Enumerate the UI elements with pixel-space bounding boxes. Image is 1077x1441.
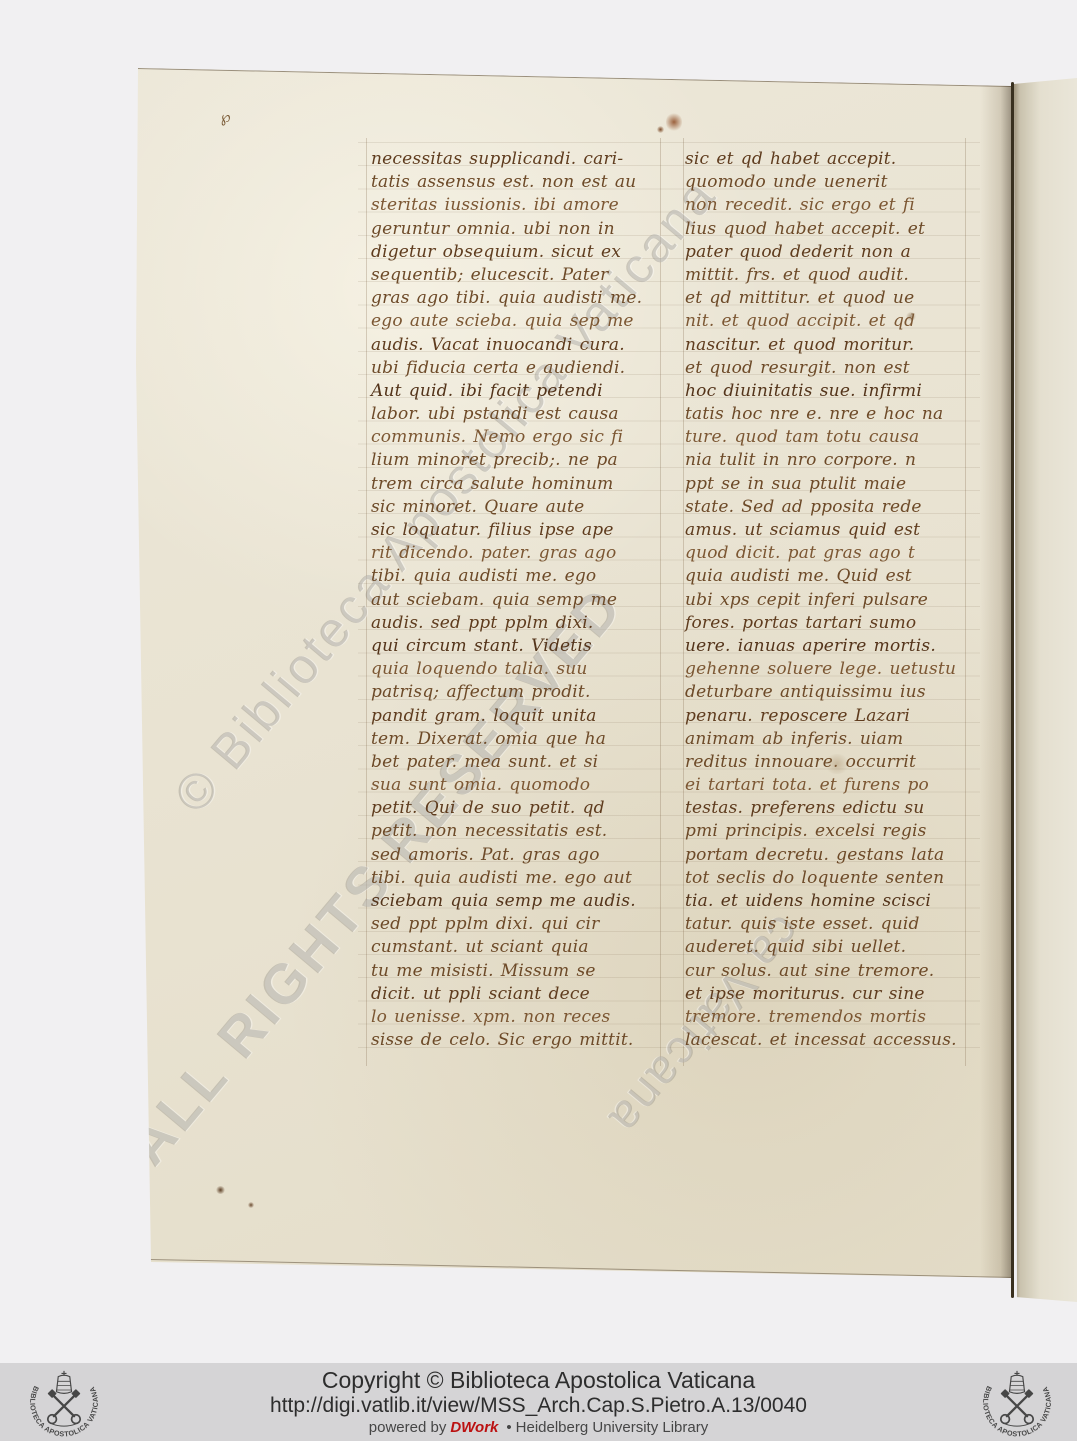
manuscript-line: sic minoret. Quare aute xyxy=(371,496,676,519)
manuscript-line: bet pater. mea sunt. et si xyxy=(371,751,676,774)
manuscript-line: lacescat. et incessat accessus. xyxy=(685,1029,990,1052)
powered-suffix: Heidelberg University Library xyxy=(516,1419,709,1436)
manuscript-line: dicit. ut ppli sciant dece xyxy=(371,983,676,1006)
manuscript-line: tia. et uidens homine scisci xyxy=(685,890,990,913)
facing-page-sliver xyxy=(1014,78,1077,1302)
manuscript-line: quod dicit. pat gras ago t xyxy=(685,542,990,565)
vatican-library-seal: BIBLIOTECA APOSTOLICA VATICANA xyxy=(965,1368,1069,1440)
manuscript-line: amus. ut sciamus quid est xyxy=(685,519,990,542)
stain xyxy=(216,1186,225,1194)
manuscript-line: pandit gram. loquit unita xyxy=(371,705,676,728)
manuscript-line: ego aute scieba. quia sep me xyxy=(371,310,676,333)
manuscript-line: necessitas supplicandi. cari- xyxy=(371,148,676,171)
manuscript-line: ubi xps cepit inferi pulsare xyxy=(685,589,990,612)
manuscript-line: et quod resurgit. non est xyxy=(685,357,990,380)
manuscript-line: digetur obsequium. sicut ex xyxy=(371,241,676,264)
manuscript-line: penaru. reposcere Lazari xyxy=(685,705,990,728)
seal-arc-text: BIBLIOTECA APOSTOLICA VATICANA xyxy=(981,1385,1053,1439)
manuscript-line: portam decretu. gestans lata xyxy=(685,844,990,867)
manuscript-line: labor. ubi pstandi est causa xyxy=(371,403,676,426)
manuscript-line: gehenne soluere lege. uetustu xyxy=(685,658,990,681)
manuscript-line: sua sunt omia. quomodo xyxy=(371,774,676,797)
manuscript-line: audis. Vacat inuocandi cura. xyxy=(371,334,676,357)
manuscript-line: mittit. frs. et quod audit. xyxy=(685,264,990,287)
stain xyxy=(248,1202,254,1208)
svg-text:BIBLIOTECA APOSTOLICA VATICANA: BIBLIOTECA APOSTOLICA VATICANA xyxy=(28,1385,100,1439)
manuscript-line: deturbare antiquissimu ius xyxy=(685,681,990,704)
manuscript-line: auderet. quid sibi uellet. xyxy=(685,936,990,959)
manuscript-line: et ipse moriturus. cur sine xyxy=(685,983,990,1006)
manuscript-line: quomodo unde uenerit xyxy=(685,171,990,194)
manuscript-line: pater quod dederit non a xyxy=(685,241,990,264)
manuscript-line: nascitur. et quod moritur. xyxy=(685,334,990,357)
footer-copyright: Copyright © Biblioteca Apostolica Vatica… xyxy=(322,1367,755,1394)
manuscript-line: sic loquatur. filius ipse ape xyxy=(371,519,676,542)
manuscript-line: ubi fiducia certa e audiendi. xyxy=(371,357,676,380)
manuscript-line: state. Sed ad pposita rede xyxy=(685,496,990,519)
manuscript-line: tem. Dixerat. omia que ha xyxy=(371,728,676,751)
seal-arc-text: BIBLIOTECA APOSTOLICA VATICANA xyxy=(28,1385,100,1439)
manuscript-line: nia tulit in nro corpore. n xyxy=(685,449,990,472)
stain xyxy=(906,312,916,321)
svg-text:BIBLIOTECA APOSTOLICA VATICANA: BIBLIOTECA APOSTOLICA VATICANA xyxy=(981,1385,1053,1439)
footer-bar: BIBLIOTECA APOSTOLICA VATICANA Copyright… xyxy=(0,1363,1077,1441)
manuscript-page: ℘ © Biblioteca Apostolica Vaticana ALL R… xyxy=(136,64,1014,1304)
manuscript-line: nit. et quod accipit. et qd xyxy=(685,310,990,333)
manuscript-line: ei tartari tota. et furens po xyxy=(685,774,990,797)
manuscript-line: qui circum stant. Videtis xyxy=(371,635,676,658)
manuscript-line: Aut quid. ibi facit petendi xyxy=(371,380,676,403)
stain xyxy=(657,126,664,133)
manuscript-line: tatur. quis iste esset. quid xyxy=(685,913,990,936)
manuscript-line: fores. portas tartari sumo xyxy=(685,612,990,635)
manuscript-line: petit. Qui de suo petit. qd xyxy=(371,797,676,820)
manuscript-line: sed amoris. Pat. gras ago xyxy=(371,844,676,867)
manuscript-line: sciebam quia semp me audis. xyxy=(371,890,676,913)
manuscript-line: lium minoret precib;. ne pa xyxy=(371,449,676,472)
manuscript-line: tot seclis do loquente senten xyxy=(685,867,990,890)
manuscript-line: petit. non necessitatis est. xyxy=(371,820,676,843)
stain xyxy=(666,112,682,132)
powered-prefix: powered by xyxy=(369,1419,447,1436)
manuscript-line: sequentib; elucescit. Pater xyxy=(371,264,676,287)
binding-gutter xyxy=(1011,82,1014,1298)
powered-separator: • xyxy=(506,1419,511,1436)
column-guide xyxy=(683,138,684,1066)
page-bottom-edge xyxy=(150,1259,1014,1278)
manuscript-line: sic et qd habet accepit. xyxy=(685,148,990,171)
manuscript-line: quia audisti me. Quid est xyxy=(685,565,990,588)
manuscript-line: uere. ianuas aperire mortis. xyxy=(685,635,990,658)
manuscript-line: tatis assensus est. non est au xyxy=(371,171,676,194)
manuscript-line: trem circa salute hominum xyxy=(371,473,676,496)
manuscript-line: testas. preferens edictu su xyxy=(685,797,990,820)
footer-url: http://digi.vatlib.it/view/MSS_Arch.Cap.… xyxy=(270,1394,807,1418)
manuscript-column-right: sic et qd habet accepit.quomodo unde uen… xyxy=(685,148,990,1052)
stain xyxy=(824,754,850,774)
manuscript-line: lius quod habet accepit. et xyxy=(685,218,990,241)
manuscript-line: quia loquendo talia. suu xyxy=(371,658,676,681)
vatican-library-seal: BIBLIOTECA APOSTOLICA VATICANA xyxy=(12,1368,116,1440)
manuscript-line: ture. quod tam totu causa xyxy=(685,426,990,449)
manuscript-line: sisse de celo. Sic ergo mittit. xyxy=(371,1029,676,1052)
manuscript-line: tremore. tremendos mortis xyxy=(685,1006,990,1029)
manuscript-line: ppt se in sua ptulit maie xyxy=(685,473,990,496)
manuscript-line: hoc diuinitatis sue. infirmi xyxy=(685,380,990,403)
manuscript-line: steritas iussionis. ibi amore xyxy=(371,194,676,217)
manuscript-line: non recedit. sic ergo et fi xyxy=(685,194,990,217)
papal-keys-icon xyxy=(1001,1371,1034,1426)
manuscript-line: tatis hoc nre e. nre e hoc na xyxy=(685,403,990,426)
manuscript-line: aut sciebam. quia semp me xyxy=(371,589,676,612)
powered-brand-dwork: DWork xyxy=(450,1419,498,1436)
manuscript-line: et qd mittitur. et quod ue xyxy=(685,287,990,310)
manuscript-line: patrisq; affectum prodit. xyxy=(371,681,676,704)
manuscript-line: animam ab inferis. uiam xyxy=(685,728,990,751)
footer-powered: powered byDWork•Heidelberg University Li… xyxy=(369,1418,708,1437)
manuscript-column-left: necessitas supplicandi. cari-tatis assen… xyxy=(371,148,676,1052)
quire-mark: ℘ xyxy=(219,107,232,126)
manuscript-line: geruntur omnia. ubi non in xyxy=(371,218,676,241)
manuscript-line: pmi principis. excelsi regis xyxy=(685,820,990,843)
manuscript-line: lo uenisse. xpm. non reces xyxy=(371,1006,676,1029)
papal-keys-icon xyxy=(48,1371,81,1426)
manuscript-line: sed ppt pplm dixi. qui cir xyxy=(371,913,676,936)
manuscript-line: communis. Nemo ergo sic fi xyxy=(371,426,676,449)
manuscript-line: gras ago tibi. quia audisti me. xyxy=(371,287,676,310)
manuscript-line: cumstant. ut sciant quia xyxy=(371,936,676,959)
manuscript-line: tu me misisti. Missum se xyxy=(371,960,676,983)
manuscript-line: rit dicendo. pater. gras ago xyxy=(371,542,676,565)
manuscript-line: cur solus. aut sine tremore. xyxy=(685,960,990,983)
page-top-edge xyxy=(136,68,1012,87)
manuscript-line: tibi. quia audisti me. ego xyxy=(371,565,676,588)
manuscript-line: audis. sed ppt pplm dixi. xyxy=(371,612,676,635)
manuscript-line: tibi. quia audisti me. ego aut xyxy=(371,867,676,890)
